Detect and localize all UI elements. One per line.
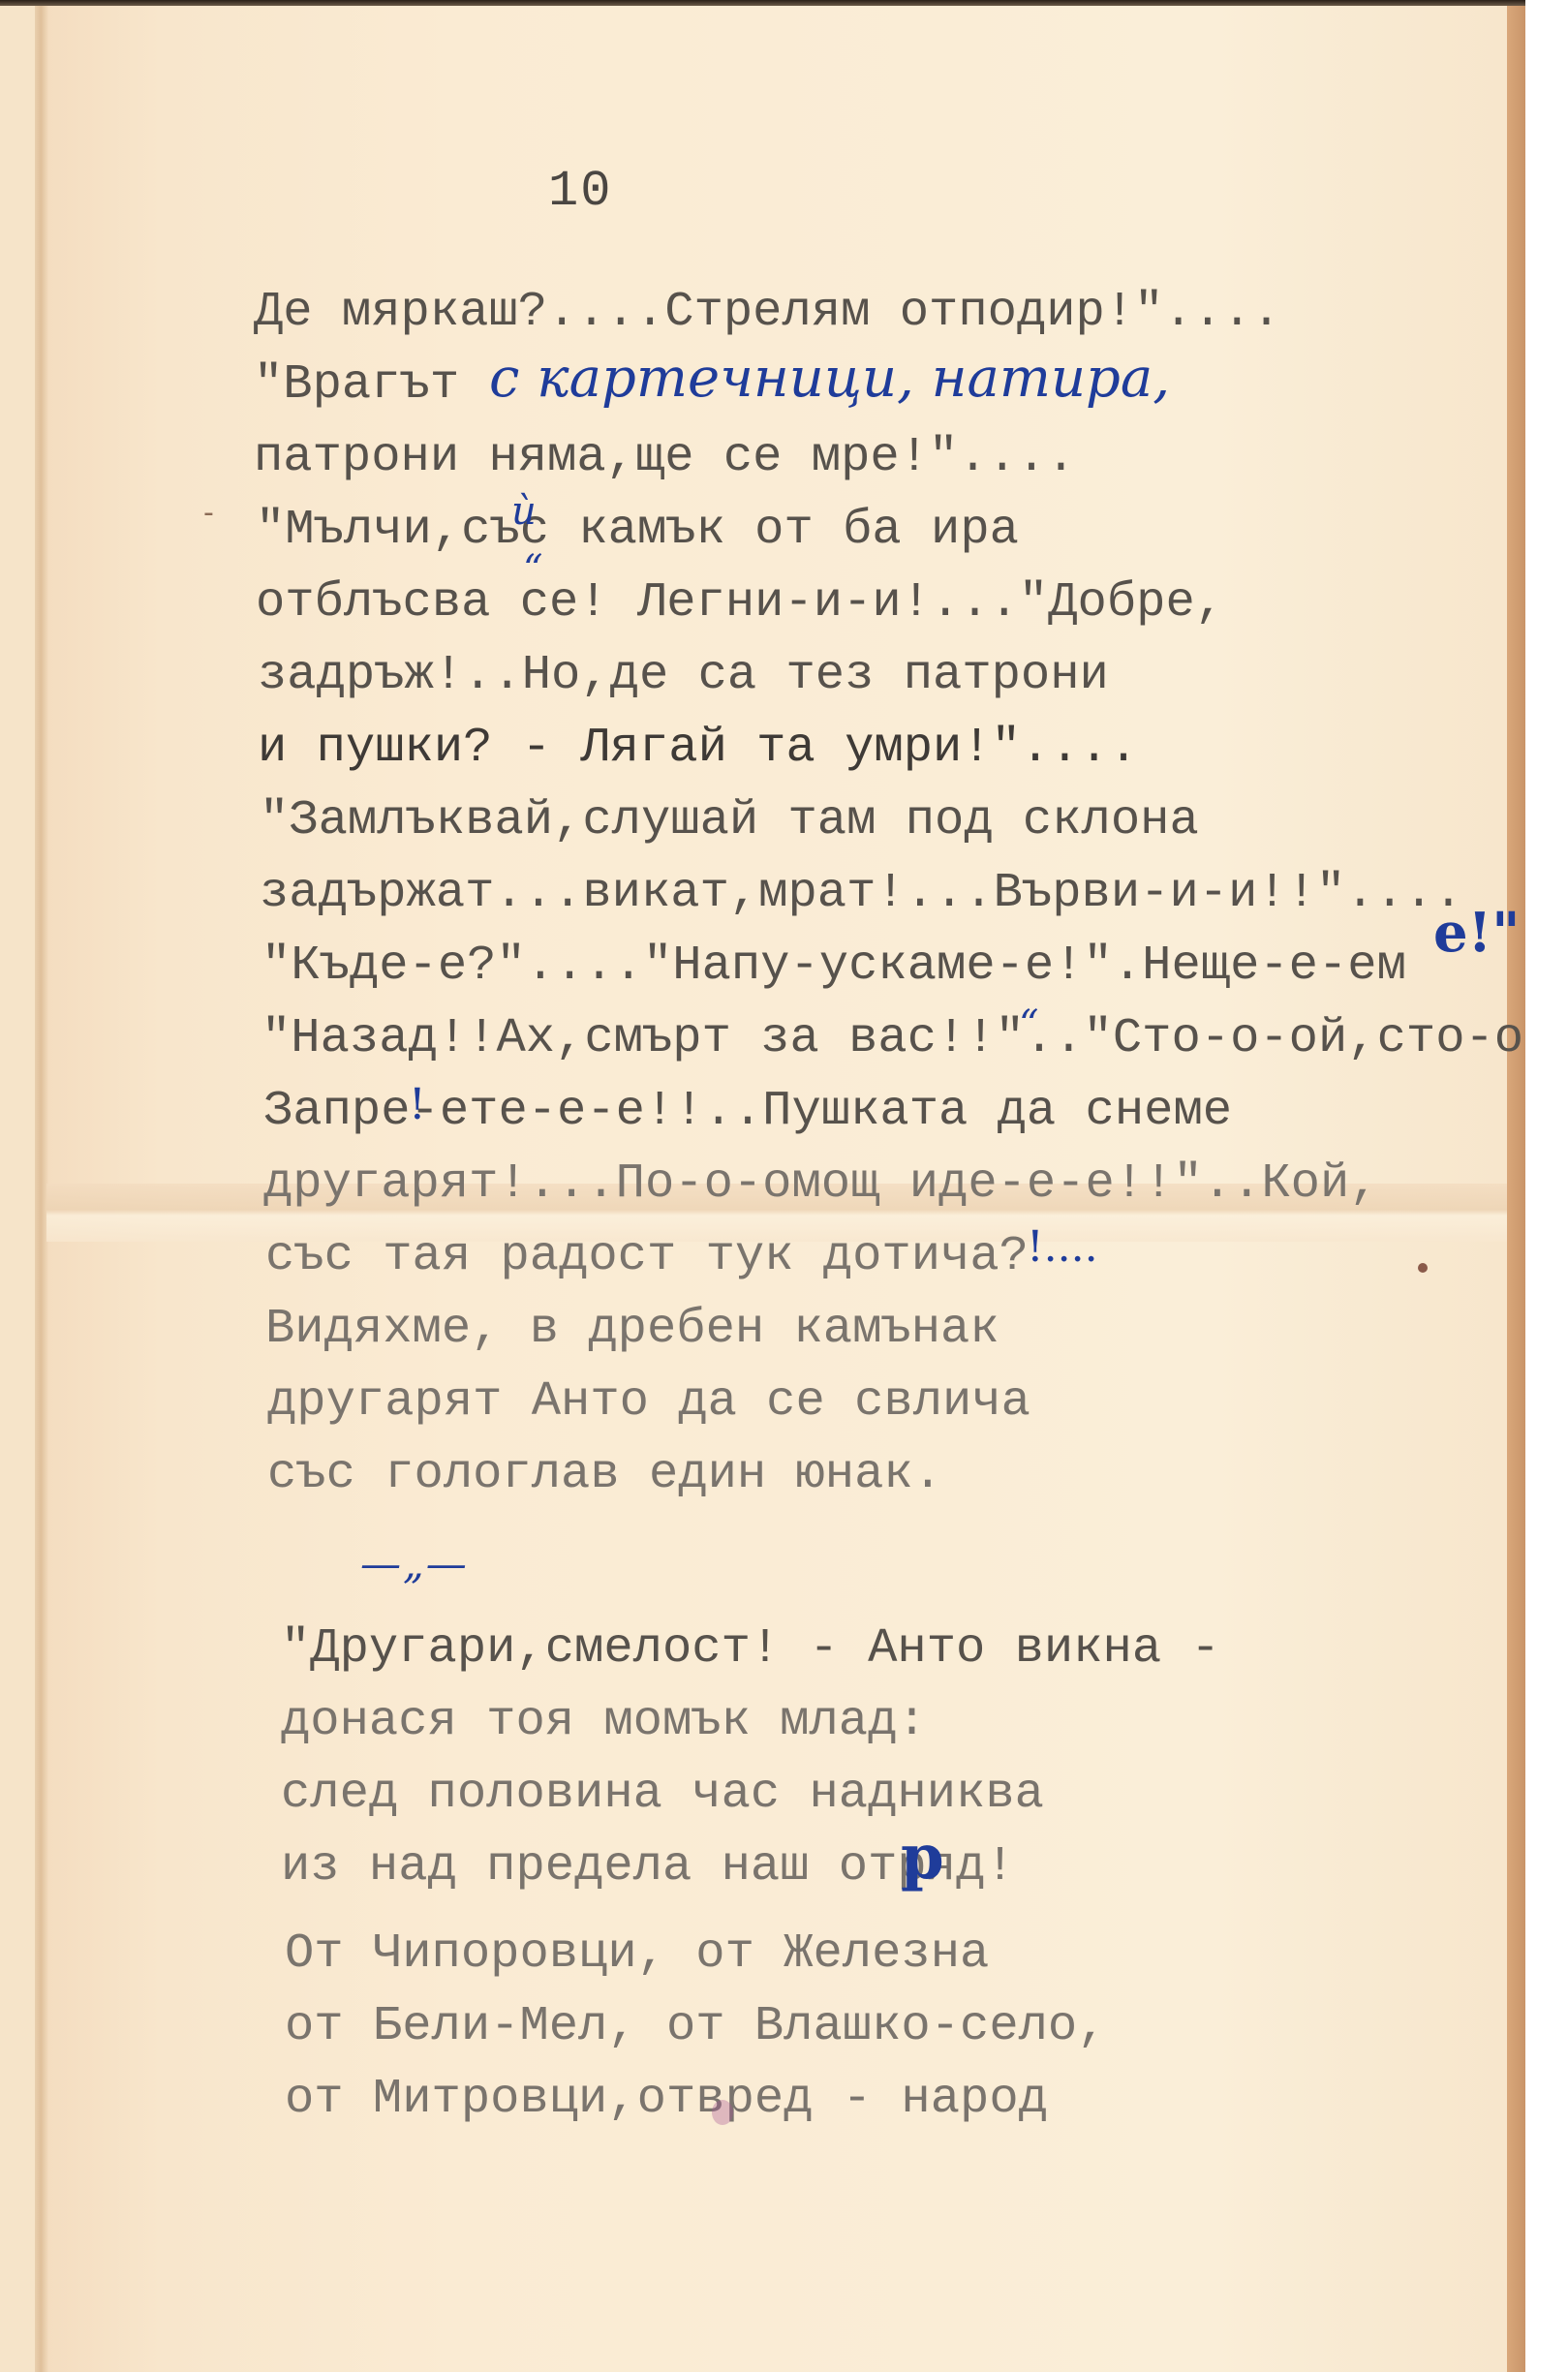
text-line: "Къде-е?"...."Напу-ускаме-е!".Неще-е-ем [261,938,1406,996]
text-line: другарят Анто да се свлича [267,1373,1030,1432]
text-line: задържат...викат,мрат!...Върви-и-и!!"...… [260,865,1463,923]
handwritten-insert: !.... [1027,1222,1098,1272]
handwritten-quote-mark: “ [523,547,542,592]
text-line: след половина час надниква [281,1766,1044,1824]
scanned-page: 10 - Де мяркаш?....Стрелям отподир!"....… [0,0,1568,2372]
text-line: "Врагът [254,356,459,415]
ink-spot [1418,1263,1428,1273]
handwritten-quote-mark: “ [1019,1002,1038,1047]
handwritten-correction: р [901,1821,944,1894]
ink-stain [712,2100,733,2125]
text-line: От Чипоровци, от Железна [285,1925,989,1984]
text-line: "Замлъквай,слушай там под склона [260,792,1199,850]
handwritten-insert: е!" [1433,901,1520,965]
text-line: Де мяркаш?....Стрелям отподир!".... [254,284,1281,342]
scanner-background [1525,0,1568,2372]
page-number: 10 [548,163,612,220]
text-line: задръж!..Но,де са тез патрони [258,647,1109,705]
text-line: Видяхме, в дребен камънак [265,1301,999,1359]
handwritten-insert: с картечници, натира, [489,347,1170,410]
text-line: другарят!...По-о-омощ иде-е-е!!"..Кой, [263,1155,1379,1214]
cover-edge [1507,6,1525,2372]
text-line: "Назад!!Ах,смърт за вас!!".."Сто-о-ой,ст… [261,1010,1523,1068]
handwritten-mark: ѝ [511,489,537,534]
text-line: и пушки? - Лягай та умри!".... [258,720,1138,778]
section-divider: —„— [360,1540,469,1587]
text-line: "Другари,смелост! - Анто викна - [281,1620,1220,1679]
text-line: със гологлав един юнак. [267,1446,942,1504]
margin-tick-mark: - [203,496,214,530]
text-line: със тая радост тук дотича? [265,1228,1029,1286]
text-line: "Мълчи,със камък от ба ира [256,502,1019,560]
text-line: от Митровци,отвред - народ [285,2071,1048,2129]
text-line: донася тоя момък млад: [281,1693,927,1751]
handwritten-mark: ! [409,1080,426,1129]
text-line: патрони няма,ще се мре!".... [254,429,1076,487]
facing-page-edge [0,6,39,2372]
text-line: от Бели-Мел, от Влашко-село, [285,1998,1107,2056]
text-line: отблъсва се! Легни-и-и!..."Добре, [256,574,1224,632]
